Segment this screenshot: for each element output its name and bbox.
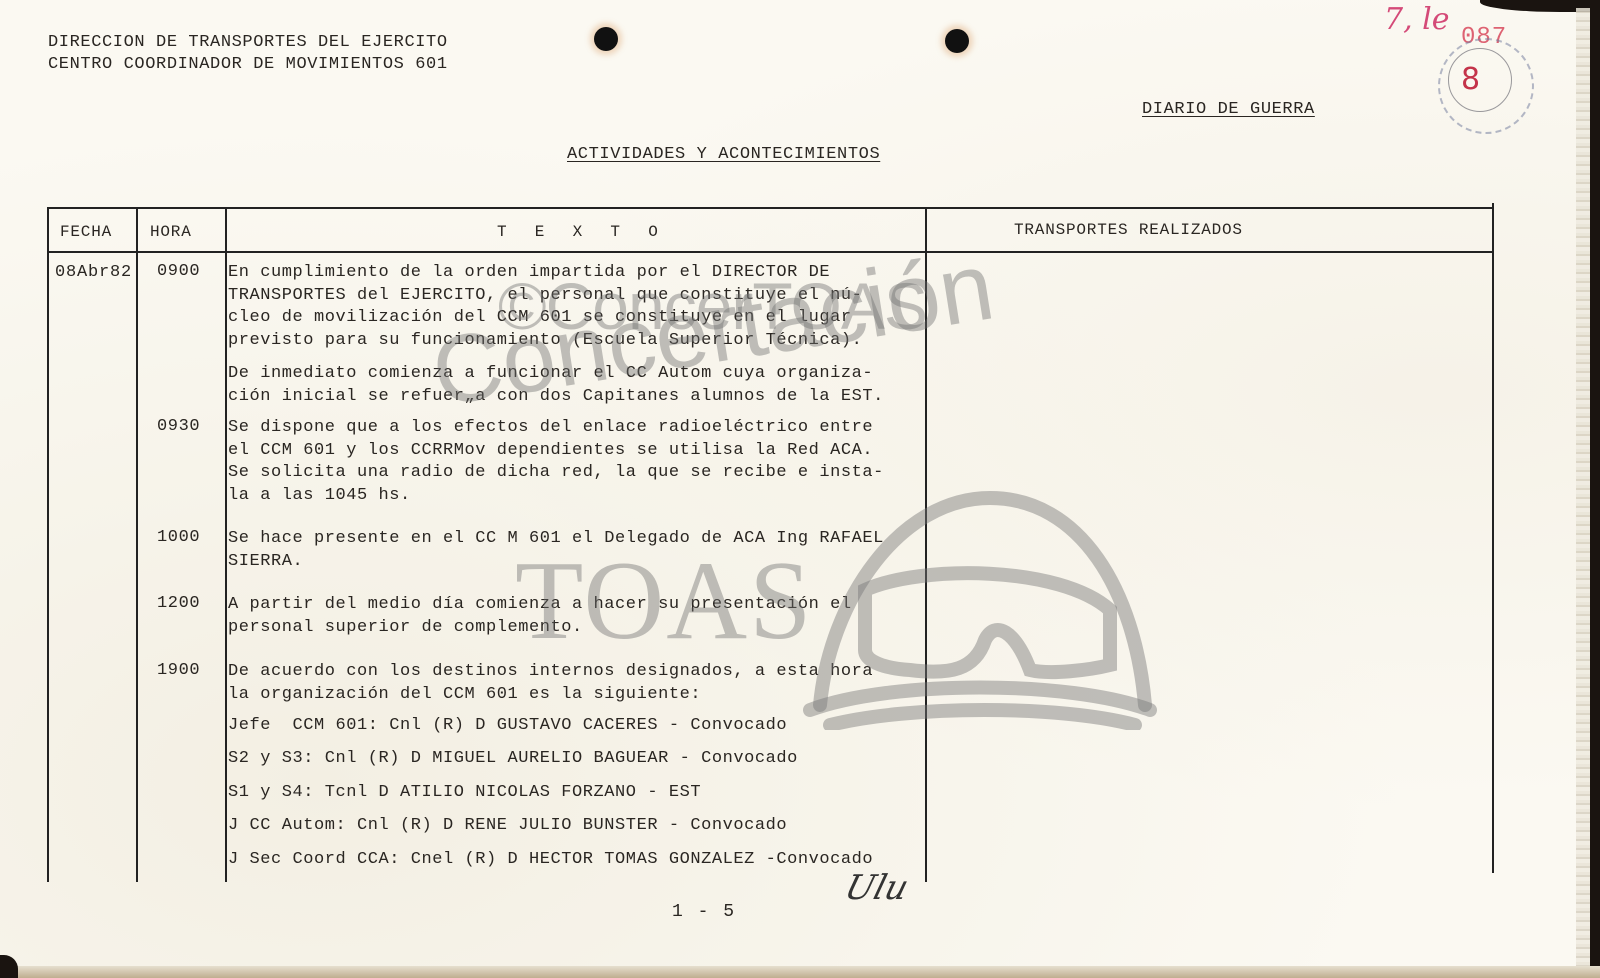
- document-page: DIRECCION DE TRANSPORTES DEL EJERCITO CE…: [0, 0, 1590, 978]
- entry-text: En cumplimiento de la orden impartida po…: [228, 262, 928, 352]
- fecha-value: 08Abr82: [55, 262, 132, 284]
- table-col-divider-hora: [225, 207, 227, 882]
- org-list-item: S1 y S4: Tcnl D ATILIO NICOLAS FORZANO -…: [228, 782, 928, 805]
- column-header-fecha: FECHA: [60, 221, 112, 243]
- table-col-divider-right: [1492, 203, 1494, 873]
- handwritten-annotation: 7, le: [1384, 2, 1450, 37]
- entry-text: Se dispone que a los efectos del enlace …: [228, 417, 928, 507]
- column-header-hora: HORA: [150, 221, 192, 243]
- punch-hole-left: [594, 27, 618, 51]
- table-top-border: [47, 207, 1494, 209]
- entry-text: De acuerdo con los destinos internos des…: [228, 661, 928, 706]
- org-list-item: S2 y S3: Cnl (R) D MIGUEL AURELIO BAGUEA…: [228, 748, 928, 771]
- table-header-divider: [47, 251, 1494, 253]
- column-header-texto: T E X T O: [497, 221, 661, 243]
- org-list-item: J Sec Coord CCA: Cnel (R) D HECTOR TOMAS…: [228, 849, 928, 872]
- org-list-item: J CC Autom: Cnl (R) D RENE JULIO BUNSTER…: [228, 815, 928, 838]
- header-line-1: DIRECCION DE TRANSPORTES DEL EJERCITO: [48, 32, 448, 54]
- page-number: 1 - 5: [672, 902, 736, 922]
- header-line-2: CENTRO COORDINADOR DE MOVIMIENTOS 601: [48, 54, 448, 76]
- doc-type-title: DIARIO DE GUERRA: [1142, 99, 1315, 121]
- entry-text: De inmediato comienza a funcionar el CC …: [228, 363, 928, 408]
- entry-text: A partir del medio día comienza a hacer …: [228, 594, 928, 639]
- hora-value: 0900: [157, 262, 200, 281]
- column-header-transportes: TRANSPORTES REALIZADOS: [1014, 219, 1243, 241]
- section-title: ACTIVIDADES Y ACONTECIMIENTOS: [567, 144, 880, 166]
- punch-hole-right: [945, 29, 969, 53]
- signature: Ulu: [841, 868, 913, 908]
- page-edge: [1576, 8, 1590, 978]
- table-col-divider-left: [47, 207, 49, 882]
- hora-value: 1200: [157, 594, 200, 613]
- entry-text: Se hace presente en el CC M 601 el Deleg…: [228, 528, 928, 573]
- page-edge-bottom: [0, 966, 1600, 978]
- org-list-item: Jefe CCM 601: Cnl (R) D GUSTAVO CACERES …: [228, 715, 928, 738]
- hora-value: 1900: [157, 661, 200, 680]
- table-col-divider-fecha: [136, 207, 138, 882]
- hora-value: 0930: [157, 417, 200, 436]
- stamp-number: 8: [1461, 62, 1480, 97]
- hora-value: 1000: [157, 528, 200, 547]
- page-corner-bottom-left: [0, 955, 18, 978]
